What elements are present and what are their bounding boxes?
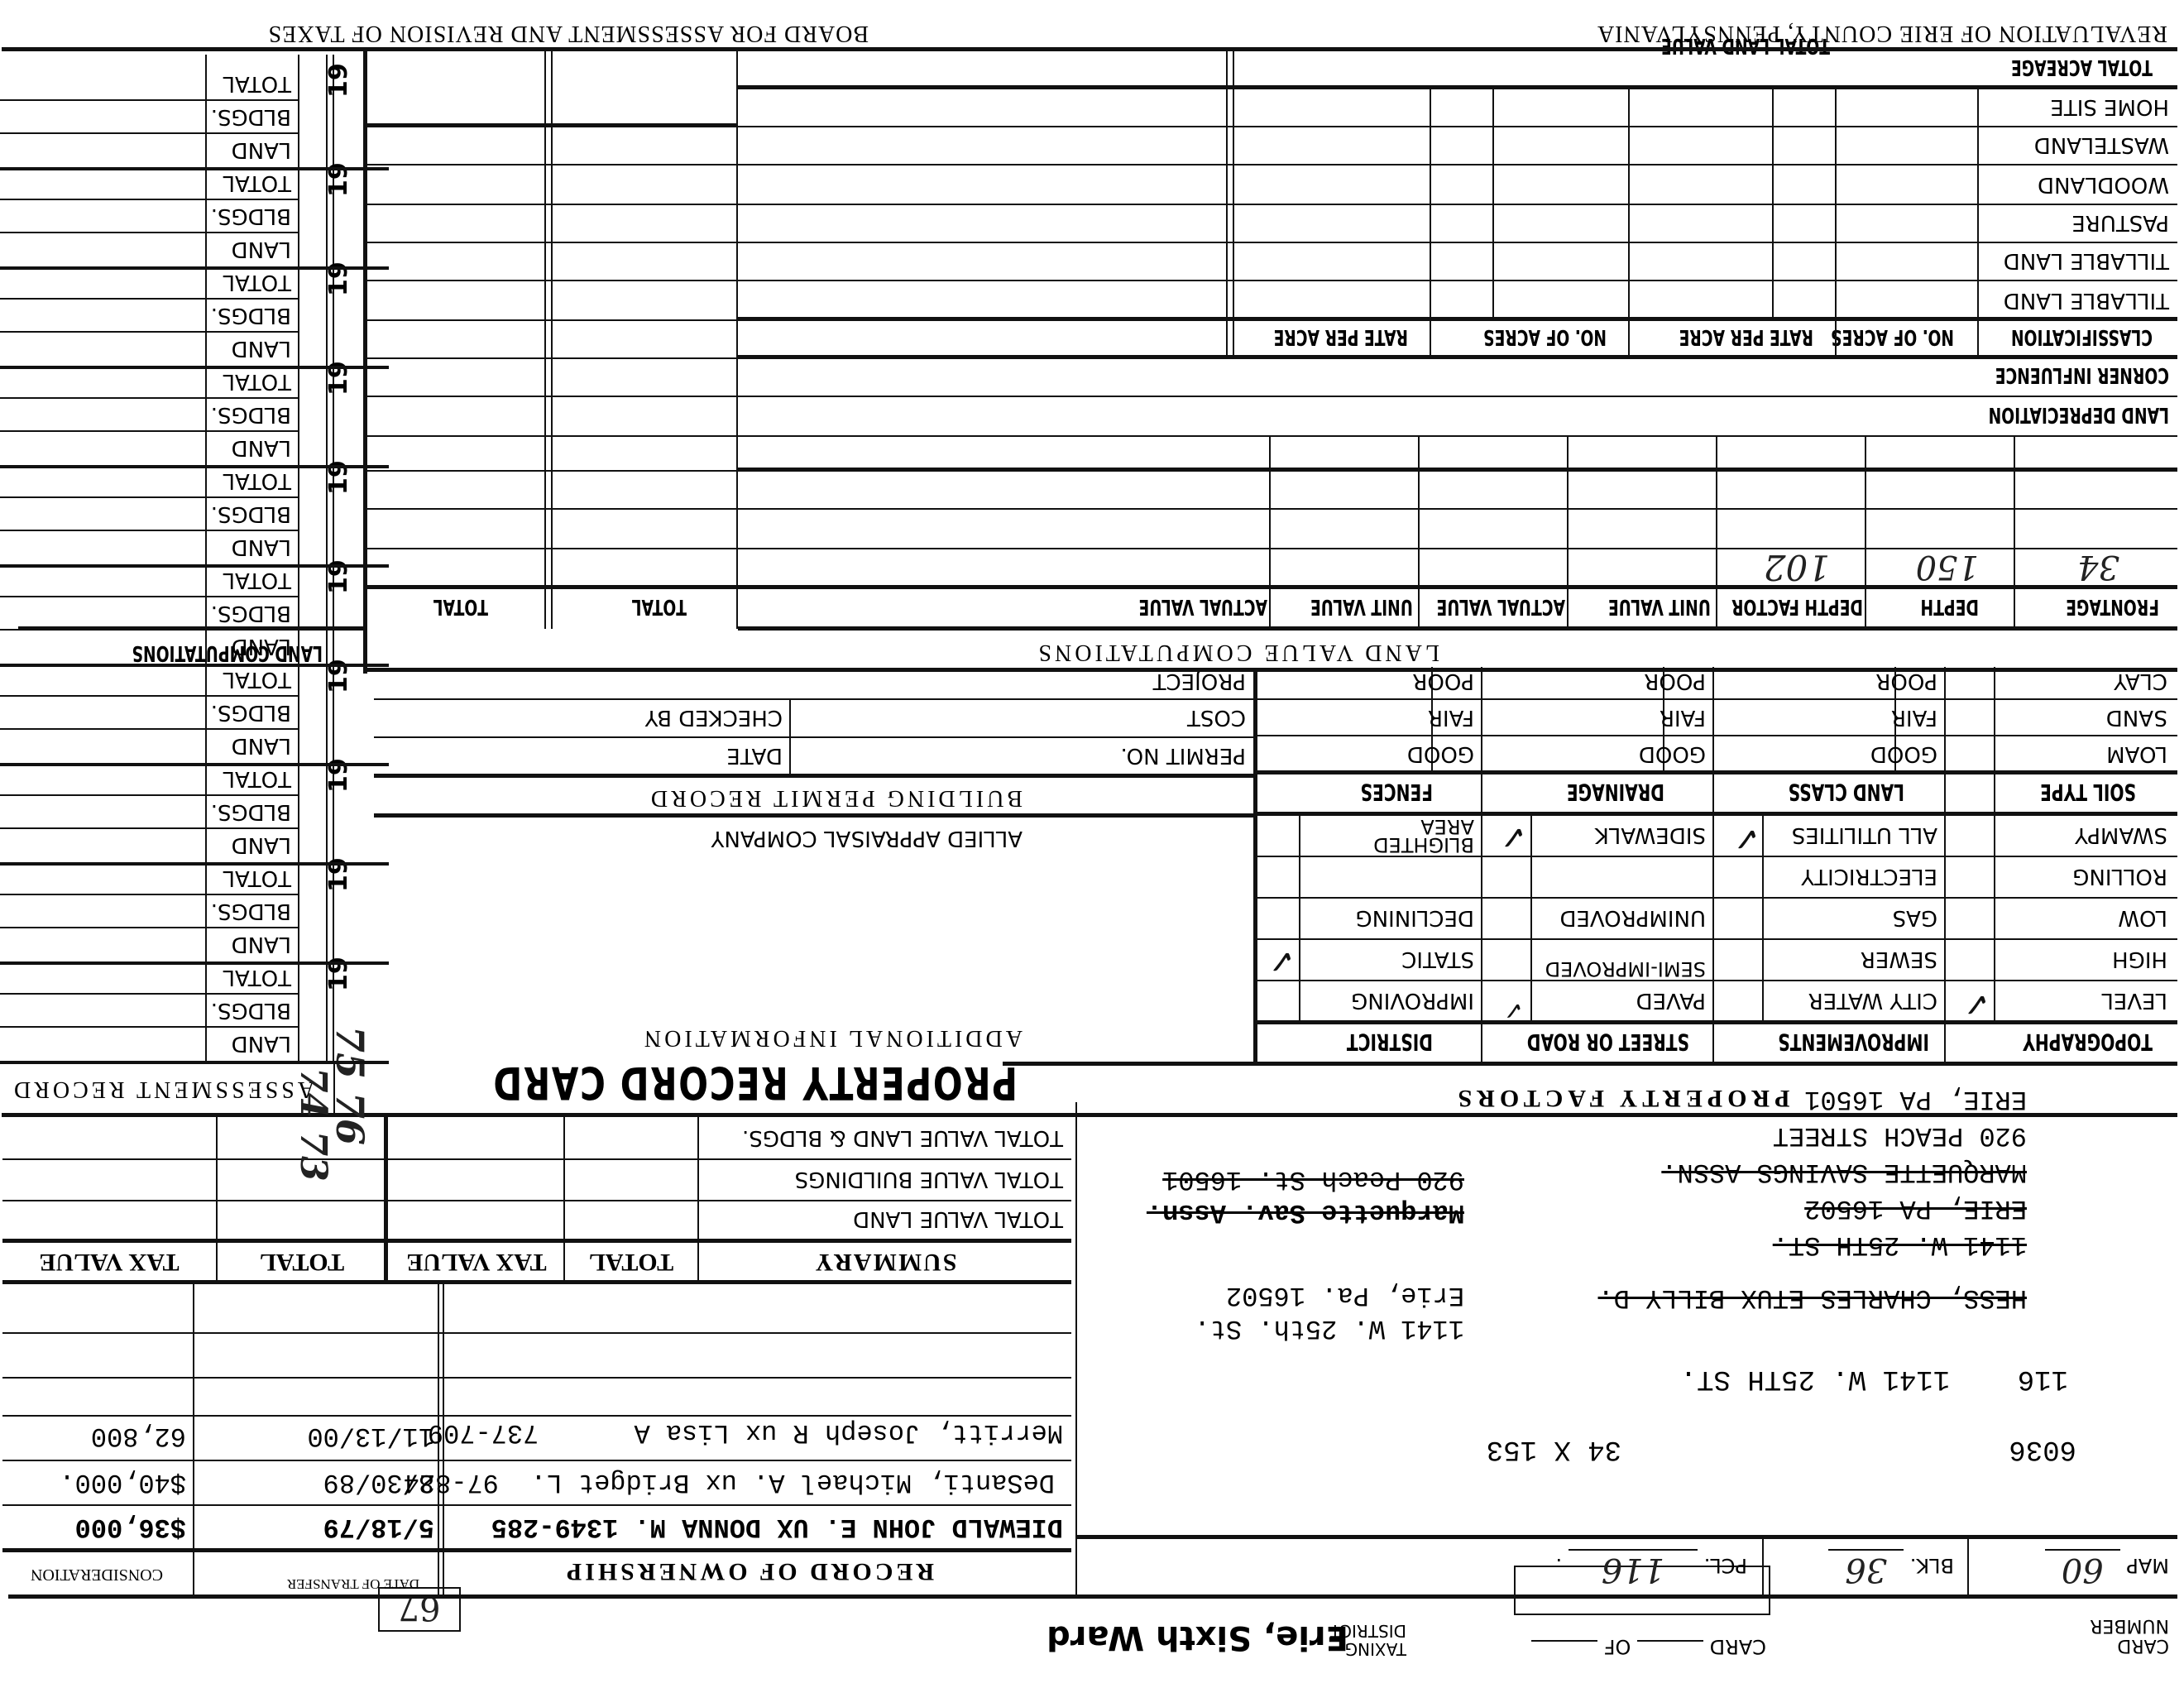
property-factors-title: PROPERTY FACTORS bbox=[1373, 1084, 1870, 1112]
factor-paved: PAVED bbox=[1636, 988, 1706, 1013]
factor-gas: GAS bbox=[1893, 905, 1937, 930]
check-icon: ✓ bbox=[1267, 942, 1296, 980]
col-land-class: LAND CLASS bbox=[1789, 779, 1904, 806]
assessment-row-label: TOTAL bbox=[223, 965, 291, 990]
land-total-columns: TOTAL TOTAL bbox=[366, 50, 738, 629]
fences-poor: POOR bbox=[1412, 669, 1474, 693]
ownership-row bbox=[2, 1283, 1071, 1332]
property-location: 116 1141 W. 25TH ST. bbox=[1680, 1363, 2068, 1394]
drainage-fair: FAIR bbox=[1660, 705, 1706, 730]
factor-sewer: SEWER bbox=[1861, 947, 1937, 971]
assessment-row-label: LAND bbox=[232, 237, 291, 261]
col-actual-value-2: ACTUAL VALUE bbox=[1138, 594, 1267, 619]
acreage-wasteland: WASTELAND bbox=[2034, 132, 2169, 157]
assessment-row-label: LAND bbox=[232, 733, 291, 758]
drainage-poor: POOR bbox=[1644, 669, 1706, 693]
assessment-row-label: BLDGS. bbox=[211, 104, 291, 129]
factor-swampy: SWAMPY bbox=[2075, 822, 2167, 847]
col-frontage: FRONTAGE bbox=[2066, 594, 2159, 619]
factor-high: HIGH bbox=[2112, 947, 2167, 971]
land-class-poor: POOR bbox=[1875, 669, 1937, 693]
col-depth: DEPTH bbox=[1921, 594, 1979, 619]
checked-by-label: CHECKED BY bbox=[645, 705, 783, 730]
factor-level: LEVEL bbox=[2101, 988, 2167, 1013]
col-street-or-road: STREET OR ROAD bbox=[1527, 1029, 1689, 1056]
property-dimensions: 34 X 153 bbox=[1487, 1433, 1621, 1465]
record-of-ownership: RECORD OF OWNERSHIP DATE OF TRANSFER CON… bbox=[2, 1281, 1071, 1595]
taxing-district-value: Erie, Sixth Ward bbox=[1046, 1618, 1348, 1657]
assessment-block: 19LANDBLDGS.TOTAL bbox=[0, 667, 389, 766]
factor-static: STATIC bbox=[1401, 947, 1474, 971]
assessment-row-label: LAND bbox=[232, 832, 291, 857]
assessment-row-label: LAND bbox=[232, 1031, 291, 1056]
summary-tax-value-header-2: TAX VALUE bbox=[2, 1248, 216, 1276]
assessment-record-title: ASSESSMENT RECORD bbox=[11, 1076, 314, 1102]
assessment-block: 19LANDBLDGS.TOTAL bbox=[0, 71, 389, 170]
factor-rolling: ROLLING bbox=[2072, 864, 2167, 889]
revaluation-title: REVALUATION OF ERIE COUNTY, PENNSYLVANIA bbox=[1597, 20, 2167, 46]
card-number-label: CARD NUMBER bbox=[2095, 1615, 2169, 1655]
frontage-value: 34 bbox=[2077, 548, 2119, 586]
factor-improving: IMPROVING bbox=[1351, 988, 1474, 1013]
permit-date-label: DATE bbox=[726, 743, 783, 768]
summary-title: SUMMARY bbox=[699, 1248, 1071, 1276]
factor-blighted-area: BLIGHTED AREA bbox=[1358, 818, 1474, 854]
assessment-year-prefix: 19 bbox=[324, 63, 353, 98]
assessment-row-label: LAND bbox=[232, 435, 291, 460]
drainage-good: GOOD bbox=[1639, 741, 1706, 766]
col-depth-factor: DEPTH FACTOR bbox=[1731, 594, 1863, 619]
factor-unimproved: UNIMPROVED bbox=[1559, 905, 1706, 930]
col-actual-value-1: ACTUAL VALUE bbox=[1436, 594, 1565, 619]
assessment-row-label: LAND bbox=[232, 932, 291, 957]
col-rate-per-acre-2: RATE PER ACRE bbox=[1274, 324, 1408, 349]
assessment-row-label: BLDGS. bbox=[211, 601, 291, 626]
assessment-row-label: TOTAL bbox=[223, 468, 291, 493]
assessment-row-label: TOTAL bbox=[223, 170, 291, 195]
ownership-row bbox=[2, 1334, 1071, 1377]
check-icon: ✓ bbox=[1503, 995, 1524, 1024]
acreage-woodland: WOODLAND bbox=[2038, 172, 2169, 197]
summary-tax-value-header: TAX VALUE bbox=[390, 1248, 563, 1276]
map-value: 60 bbox=[2045, 1549, 2120, 1589]
col-classification: CLASSIFICATION bbox=[2011, 324, 2153, 349]
cost-label: COST bbox=[1187, 705, 1246, 730]
property-record-card: CARD NUMBER CARD OF TAXING DISTRICT Erie… bbox=[0, 0, 2184, 1688]
ownership-row: DeSanti, Michael A. ux Bridget L. 97-824… bbox=[2, 1461, 1071, 1504]
assessment-row-label: TOTAL bbox=[223, 369, 291, 394]
corner-influence-label: CORNER INFLUENCE bbox=[1995, 362, 2169, 387]
parcel-row: MAP 60 BLK. 36 PCL. 116 . bbox=[1077, 1537, 2177, 1597]
owner-address-right: 1141 W. 25th. St. Erie, Pa. 16502 Marque… bbox=[1147, 1163, 1464, 1345]
acreage-pasture: PASTURE bbox=[2071, 210, 2169, 235]
card-of-label: CARD OF bbox=[1518, 1635, 1766, 1658]
land-value-computations-title: LAND VALUE COMPUTATIONS bbox=[1035, 639, 1439, 665]
land-depreciation-label: LAND DEPRECIATION bbox=[1989, 402, 2169, 427]
factor-electricity: ELECTRICITY bbox=[1801, 864, 1937, 889]
assessment-block: 19LANDBLDGS.TOTAL bbox=[0, 270, 389, 369]
board-title: BOARD FOR ASSESSMENT AND REVISION OF TAX… bbox=[268, 20, 869, 46]
col-unit-value-2: UNIT VALUE bbox=[1310, 594, 1413, 619]
additional-information-title: ADDITIONAL INFORMATION bbox=[641, 1024, 1023, 1051]
summary-section: SUMMARY TOTAL TAX VALUE TOTAL TAX VALUE … bbox=[2, 1115, 1071, 1281]
land-value-table: FRONTAGE DEPTH DEPTH FACTOR UNIT VALUE A… bbox=[738, 50, 2177, 629]
assessment-block: 19LANDBLDGS.TOTAL bbox=[0, 965, 389, 1064]
summary-total-header: TOTAL bbox=[565, 1248, 697, 1276]
assessment-block: 19LANDBLDGS.TOTAL bbox=[0, 568, 389, 667]
factor-declining: DECLINING bbox=[1356, 905, 1474, 930]
land-class-fair: FAIR bbox=[1891, 705, 1937, 730]
blk-field: BLK. 36 bbox=[1772, 1551, 1954, 1589]
pcl-field: PCL. 116 . bbox=[1449, 1551, 1747, 1589]
fences-good: GOOD bbox=[1407, 741, 1474, 766]
factor-city-water: CITY WATER bbox=[1808, 988, 1937, 1013]
acreage-total: TOTAL ACREAGE bbox=[2011, 55, 2153, 79]
acreage-tillable-1: TILLABLE LAND bbox=[2004, 288, 2169, 313]
assessment-row-label: TOTAL bbox=[223, 71, 291, 96]
depth-factor-value: 102 bbox=[1764, 547, 1830, 587]
col-no-of-acres-1: NO. OF ACRES bbox=[1831, 324, 1954, 349]
col-total-2: TOTAL bbox=[433, 594, 488, 619]
factor-semi-improved: SEMI-IMPROVED bbox=[1540, 960, 1706, 978]
property-record-card-title: PROPERTY RECORD CARD bbox=[344, 1057, 1018, 1109]
col-topography: TOPOGRAPHY bbox=[2023, 1029, 2153, 1056]
assessment-row-label: BLDGS. bbox=[211, 303, 291, 328]
assessment-row-label: LAND bbox=[232, 137, 291, 162]
assessment-row-label: LAND bbox=[232, 535, 291, 559]
assessment-row-label: BLDGS. bbox=[211, 799, 291, 824]
ownership-title: RECORD OF OWNERSHIP bbox=[459, 1557, 1038, 1585]
allied-appraisal-company: ALLIED APPRAISAL COMPANY bbox=[711, 826, 1023, 851]
property-factors-grid: TOPOGRAPHY IMPROVEMENTS STREET OR ROAD D… bbox=[1257, 667, 2177, 1064]
summary-row-land: TOTAL VALUE LAND bbox=[853, 1206, 1063, 1231]
depth-value: 150 bbox=[1916, 548, 1979, 586]
soil-loam: LOAM bbox=[2106, 741, 2167, 766]
col-unit-value-1: UNIT VALUE bbox=[1608, 594, 1711, 619]
permit-no-label: PERMIT NO. bbox=[1120, 743, 1246, 768]
factor-low: LOW bbox=[2118, 905, 2167, 930]
summary-total-header-2: TOTAL bbox=[219, 1248, 385, 1276]
factor-sidewalk: SIDEWALK bbox=[1595, 822, 1706, 847]
col-fences: FENCES bbox=[1360, 779, 1433, 806]
acreage-home-site: HOME SITE bbox=[2050, 94, 2169, 119]
assessment-block: 19LANDBLDGS.TOTAL bbox=[0, 468, 389, 568]
assessment-row-label: BLDGS. bbox=[211, 899, 291, 923]
map-field: MAP 60 bbox=[1979, 1551, 2169, 1589]
additional-info-panel: ADDITIONAL INFORMATION ALLIED APPRAISAL … bbox=[374, 670, 1254, 1064]
consideration-header: CONSIDERATION bbox=[2, 1565, 191, 1584]
col-district: DISTRICT bbox=[1347, 1029, 1433, 1056]
col-total-1: TOTAL bbox=[632, 594, 687, 619]
land-class-good: GOOD bbox=[1870, 741, 1937, 766]
ownership-row: DIEWALD JOHN E. UX DONNA M. 1349-285 5/1… bbox=[2, 1506, 1071, 1549]
assessment-block: 19LANDBLDGS.TOTAL bbox=[0, 766, 389, 866]
assessment-block: 19LANDBLDGS.TOTAL bbox=[0, 369, 389, 468]
col-rate-per-acre-1: RATE PER ACRE bbox=[1679, 324, 1813, 349]
fences-fair: FAIR bbox=[1428, 705, 1474, 730]
assessment-row-label: BLDGS. bbox=[211, 501, 291, 526]
col-drainage: DRAINAGE bbox=[1567, 779, 1664, 806]
property-id: 6036 bbox=[2009, 1433, 2076, 1465]
summary-row-land-bldgs: TOTAL VALUE LAND & BLDGS. bbox=[742, 1125, 1063, 1150]
col-improvements: IMPROVEMENTS bbox=[1778, 1029, 1929, 1056]
summary-row-buildings: TOTAL VALUE BUILDINGS bbox=[795, 1167, 1063, 1192]
blk-value: 36 bbox=[1828, 1549, 1904, 1589]
assessment-block: 19LANDBLDGS.TOTAL bbox=[0, 866, 389, 965]
check-icon: ✓ bbox=[1499, 818, 1527, 856]
soil-clay: CLAY bbox=[2114, 669, 2167, 693]
assessment-row-label: TOTAL bbox=[223, 866, 291, 890]
factor-all-utilities: ALL UTILITIES bbox=[1792, 822, 1937, 847]
project-label: PROJECT bbox=[1153, 669, 1246, 693]
assessment-row-label: TOTAL bbox=[223, 568, 291, 592]
assessment-row-label: TOTAL bbox=[223, 766, 291, 791]
assessment-row-label: LAND bbox=[232, 634, 291, 659]
check-icon: ✓ bbox=[1732, 819, 1760, 857]
building-permit-record-title: BUILDING PERMIT RECORD bbox=[648, 784, 1023, 811]
assessment-row-label: TOTAL bbox=[223, 270, 291, 295]
assessment-row-label: BLDGS. bbox=[211, 700, 291, 725]
pcl-value: 116 bbox=[1569, 1549, 1698, 1589]
assessment-row-label: LAND bbox=[232, 336, 291, 361]
assessment-row-label: BLDGS. bbox=[211, 204, 291, 228]
date-of-transfer-header: DATE OF TRANSFER bbox=[271, 1575, 436, 1592]
assessment-block: 19LANDBLDGS.TOTAL bbox=[0, 170, 389, 270]
col-no-of-acres-2: NO. OF ACRES bbox=[1483, 324, 1607, 349]
check-icon: ✓ bbox=[1962, 985, 1990, 1023]
col-soil-type: SOIL TYPE bbox=[2040, 779, 2136, 806]
assessment-row-label: BLDGS. bbox=[211, 998, 291, 1023]
soil-sand: SAND bbox=[2106, 705, 2167, 730]
ownership-row: Merritt, Joseph R ux Lisa A 737-709 11/1… bbox=[2, 1417, 1071, 1460]
assessment-row-label: BLDGS. bbox=[211, 402, 291, 427]
acreage-tillable-2: TILLABLE LAND bbox=[2004, 248, 2169, 273]
handwritten-years-73-74: 74 73 bbox=[292, 1067, 334, 1182]
assessment-row-label: TOTAL bbox=[223, 667, 291, 692]
